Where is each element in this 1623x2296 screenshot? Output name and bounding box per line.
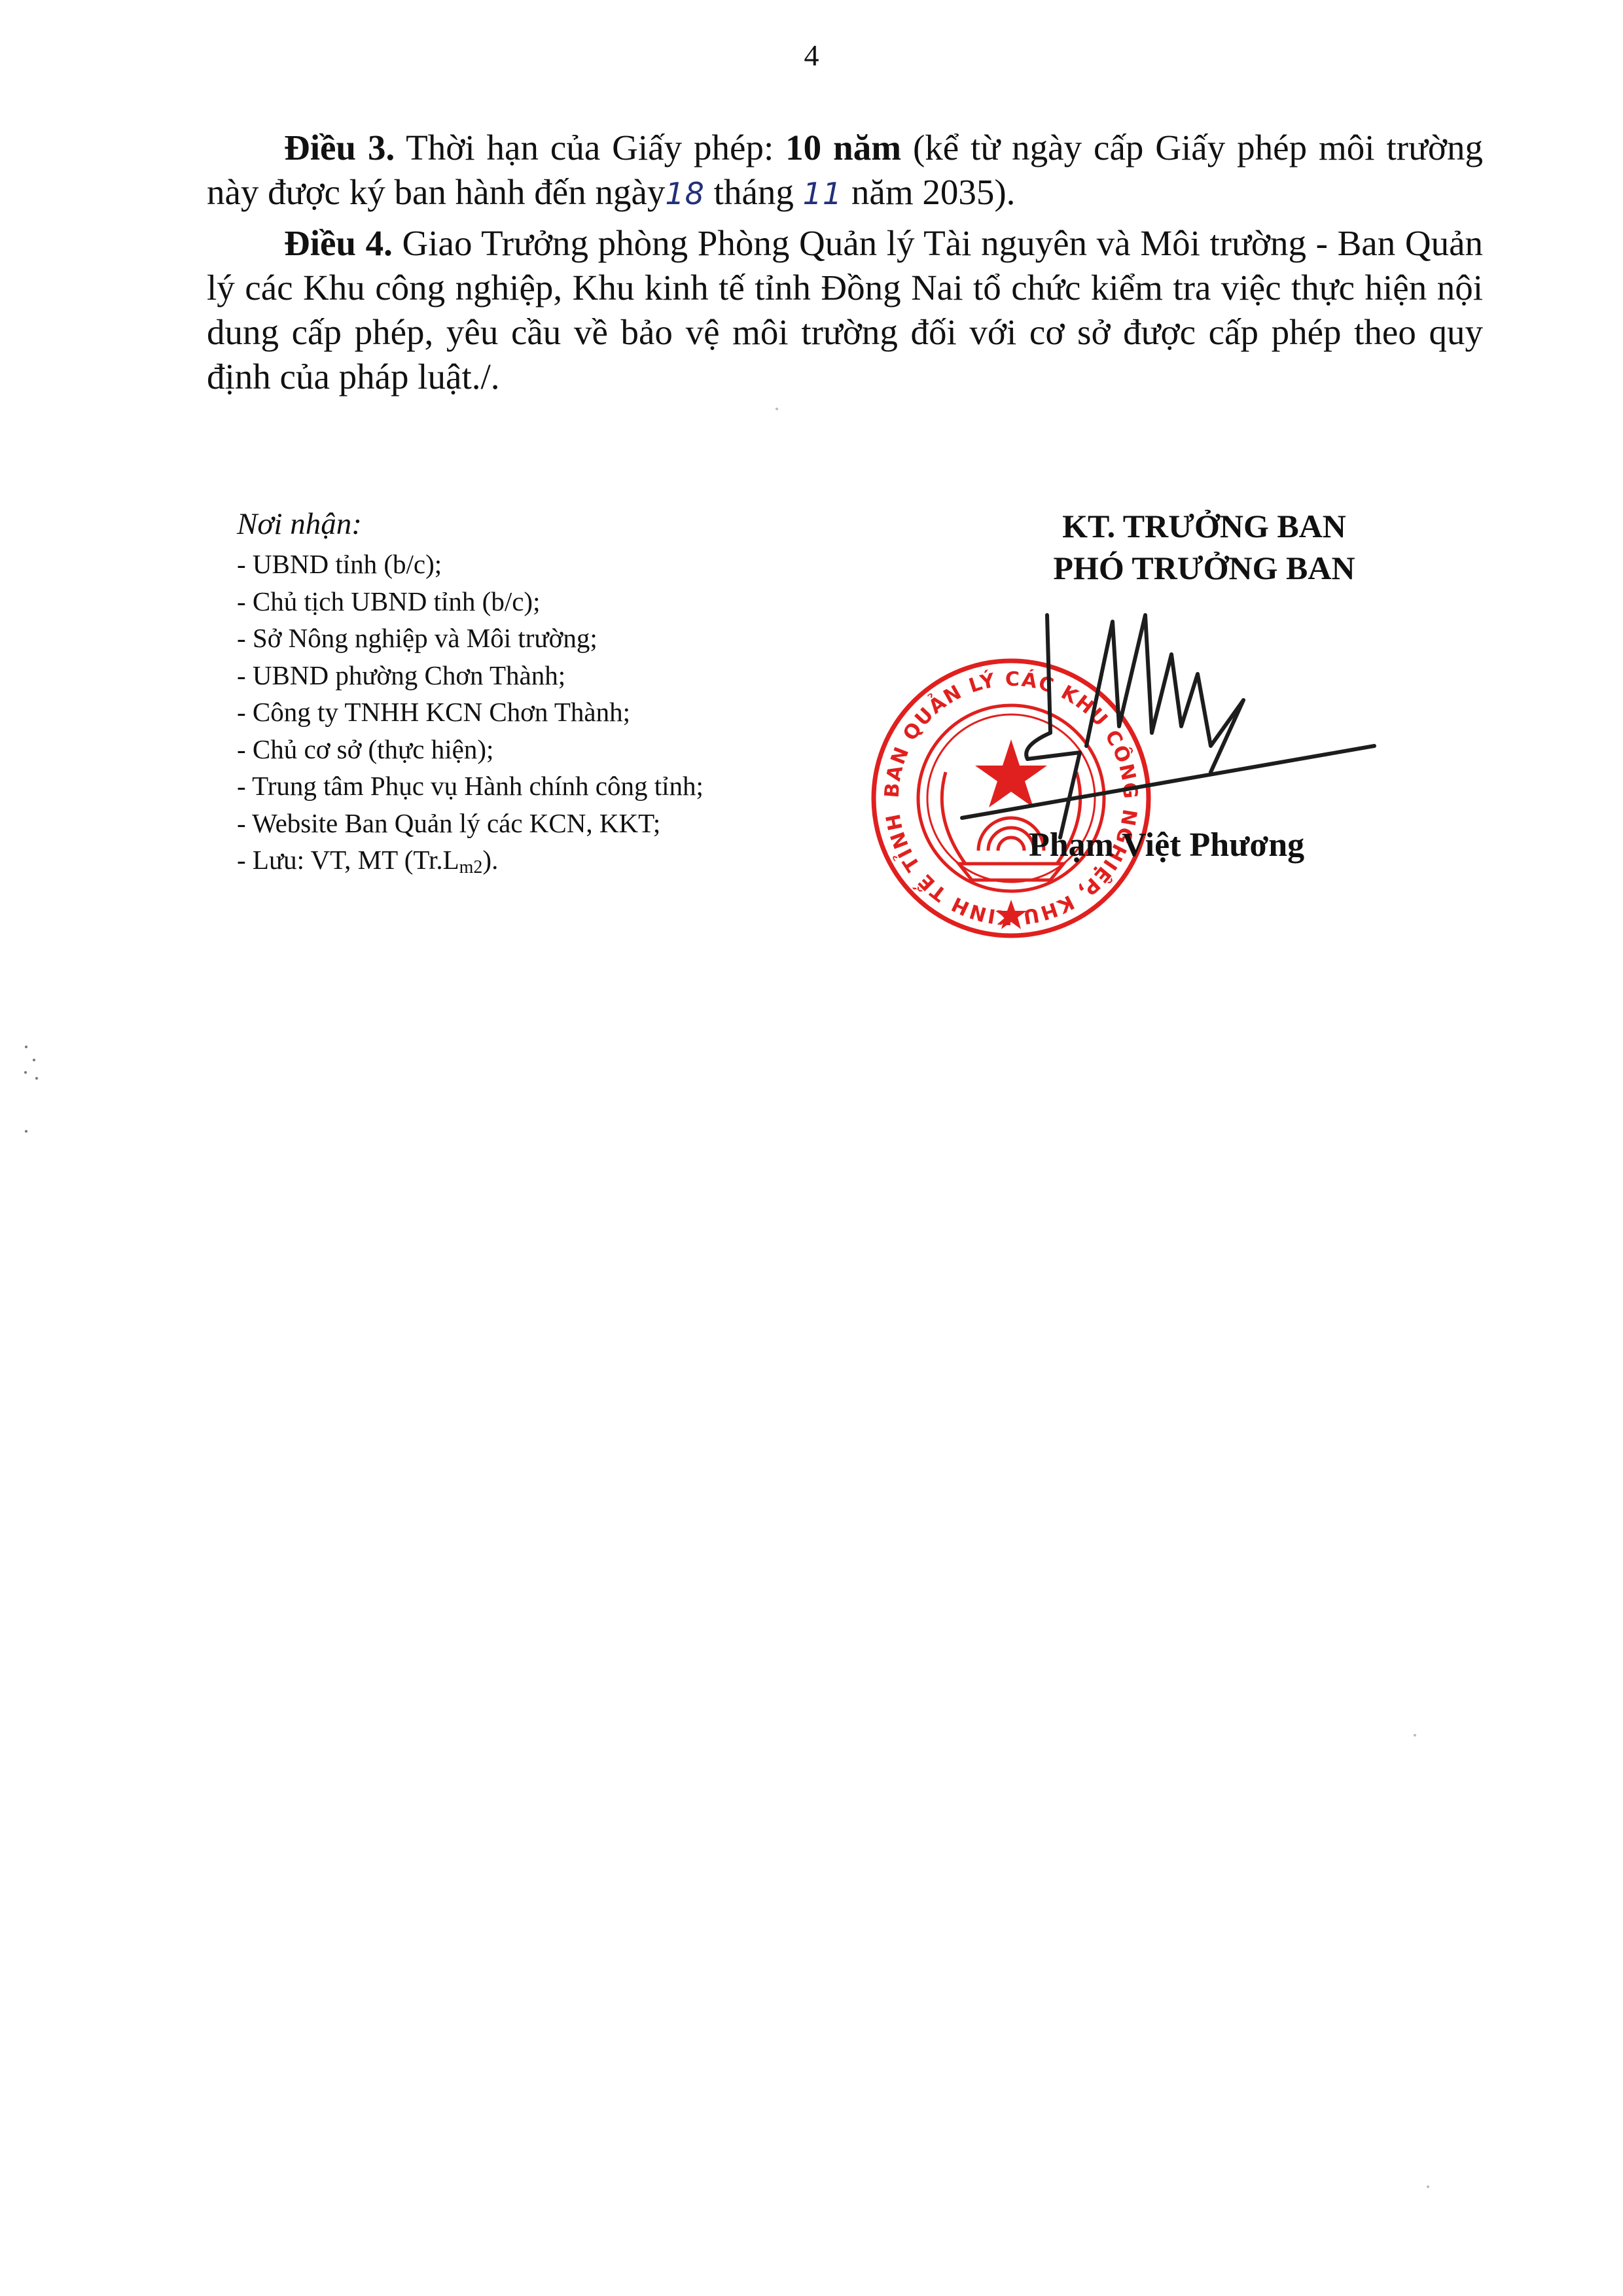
scan-speck — [33, 1059, 35, 1061]
recipients-title: Nơi nhận: — [237, 504, 826, 544]
article-3-text: Thời hạn của Giấy phép: — [395, 128, 785, 168]
signature-title-1: KT. TRƯỞNG BAN — [955, 505, 1453, 547]
recipient-item-archive: - Lưu: VT, MT (Tr.Lm2). — [237, 841, 826, 887]
recipients-block: Nơi nhận: - UBND tỉnh (b/c); - Chủ tịch … — [237, 504, 826, 887]
permit-duration: 10 năm — [785, 128, 901, 168]
article-3-label: Điều 3. — [284, 128, 395, 168]
article-4: Điều 4. Giao Trưởng phòng Phòng Quản lý … — [207, 221, 1483, 399]
article-4-label: Điều 4. — [284, 223, 393, 263]
document-body: Điều 3. Thời hạn của Giấy phép: 10 năm (… — [207, 126, 1483, 404]
handwritten-month: 11 — [803, 176, 843, 211]
recipient-item: - Công ty TNHH KCN Chơn Thành; — [237, 694, 826, 731]
recipient-item: - Chủ tịch UBND tỉnh (b/c); — [237, 583, 826, 620]
recipient-item: - Trung tâm Phục vụ Hành chính công tỉnh… — [237, 768, 826, 805]
scan-speck — [25, 1046, 27, 1048]
article-3: Điều 3. Thời hạn của Giấy phép: 10 năm (… — [207, 126, 1483, 216]
page-number: 4 — [0, 38, 1623, 73]
recipient-item: - UBND tỉnh (b/c); — [237, 546, 826, 583]
recipient-item: - UBND phường Chơn Thành; — [237, 657, 826, 694]
handwritten-day: 18 — [665, 176, 705, 211]
month-text: tháng — [705, 172, 803, 212]
scan-speck — [1427, 2185, 1429, 2188]
recipient-item: - Sở Nông nghiệp và Môi trường; — [237, 620, 826, 657]
scan-speck — [776, 408, 778, 410]
scan-speck — [35, 1077, 38, 1080]
scan-speck — [1414, 1734, 1416, 1737]
year-text: năm 2035). — [842, 172, 1015, 212]
scan-speck — [24, 1071, 27, 1074]
recipient-item: - Chủ cơ sở (thực hiện); — [237, 731, 826, 768]
archive-suffix: ). — [482, 845, 498, 875]
scan-speck — [25, 1130, 27, 1133]
article-4-text: Giao Trưởng phòng Phòng Quản lý Tài nguy… — [207, 223, 1483, 397]
archive-prefix: - Lưu: VT, MT (Tr.L — [237, 845, 459, 875]
signature-icon — [929, 576, 1387, 851]
archive-subscript: m2 — [459, 857, 483, 877]
recipient-item: - Website Ban Quản lý các KCN, KKT; — [237, 805, 826, 842]
